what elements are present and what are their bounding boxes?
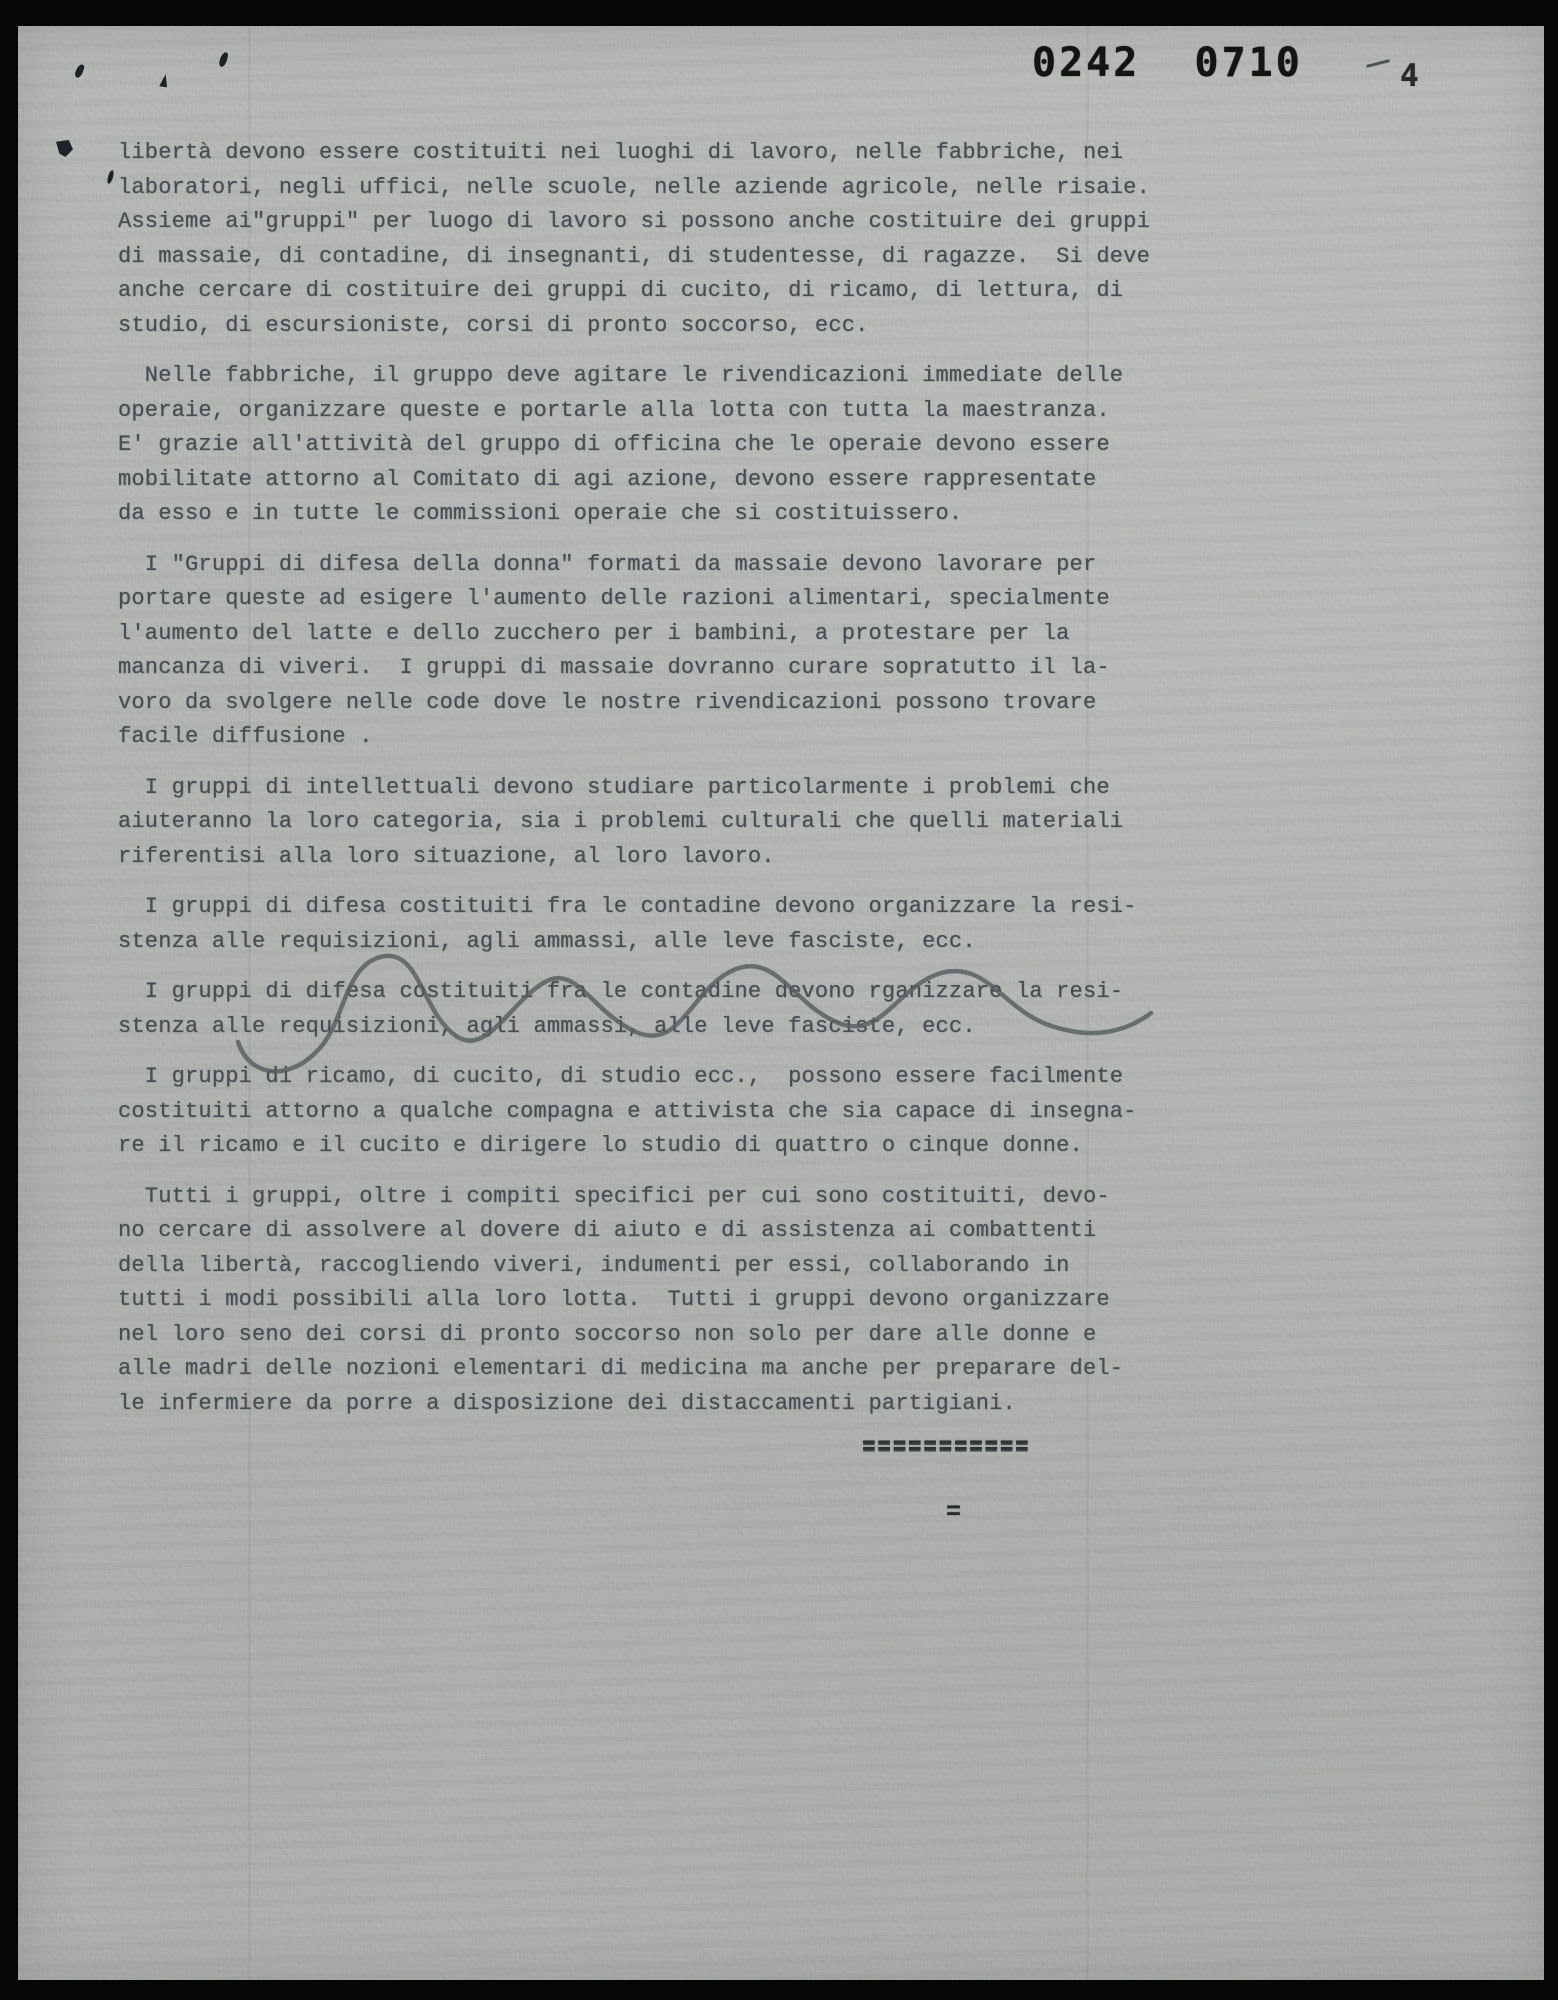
text-line: aiuteranno la loro categoria, sia i prob… [118,805,1218,840]
text-line: nel loro seno dei corsi di pronto soccor… [118,1318,1218,1353]
text-line: alle madri delle nozioni elementari di m… [118,1352,1218,1387]
text-line: I gruppi di ricamo, di cucito, di studio… [118,1060,1218,1095]
text-line: studio, di escursioniste, corsi di pront… [118,309,1218,344]
text-line: costituiti attorno a qualche compagna e … [118,1095,1218,1130]
paragraph: libertà devono essere costituiti nei luo… [118,136,1218,343]
text-line: re il ricamo e il cucito e dirigere lo s… [118,1129,1218,1164]
text-line: tutti i modi possibili alla loro lotta. … [118,1283,1218,1318]
page-number: 4 [1400,58,1419,94]
text-line: stenza alle requisizioni, agli ammassi, … [118,1010,1218,1045]
text-line: anche cercare di costituire dei gruppi d… [118,274,1218,309]
archive-number-stamp: 0242 0710 [1032,40,1303,86]
paragraph: I "Gruppi di difesa della donna" formati… [118,548,1218,755]
text-line: laboratori, negli uffici, nelle scuole, … [118,171,1218,206]
typed-separator: =========== [862,1434,1030,1460]
text-line: facile diffusione . [118,720,1218,755]
paragraph: I gruppi di difesa costituiti fra le con… [118,890,1218,959]
text-body: libertà devono essere costituiti nei luo… [118,136,1218,1421]
text-line: Tutti i gruppi, oltre i compiti specific… [118,1180,1218,1215]
text-line: libertà devono essere costituiti nei luo… [118,136,1218,171]
text-line: stenza alle requisizioni, agli ammassi, … [118,925,1218,960]
text-line: voro da svolgere nelle code dove le nost… [118,686,1218,721]
text-line: mancanza di viveri. I gruppi di massaie … [118,651,1218,686]
text-line: I "Gruppi di difesa della donna" formati… [118,548,1218,583]
text-line: no cercare di assolvere al dovere di aiu… [118,1214,1218,1249]
text-line: portare queste ad esigere l'aumento dell… [118,582,1218,617]
text-line: Nelle fabbriche, il gruppo deve agitare … [118,359,1218,394]
text-line: I gruppi di difesa costituiti fra le con… [118,975,1218,1010]
text-line: I gruppi di intellettuali devono studiar… [118,771,1218,806]
text-line: operaie, organizzare queste e portarle a… [118,394,1218,429]
text-line: da esso e in tutte le commissioni operai… [118,497,1218,532]
scanned-document: { "document": { "header": { "archive_sta… [0,0,1558,2000]
paragraph: I gruppi di intellettuali devono studiar… [118,771,1218,875]
text-line: di massaie, di contadine, di insegnanti,… [118,240,1218,275]
paragraph: Tutti i gruppi, oltre i compiti specific… [118,1180,1218,1422]
text-line: l'aumento del latte e dello zucchero per… [118,617,1218,652]
text-line: riferentisi alla loro situazione, al lor… [118,840,1218,875]
text-line: mobilitate attorno al Comitato di agi az… [118,463,1218,498]
text-line: le infermiere da porre a disposizione de… [118,1387,1218,1422]
text-line: Assieme ai"gruppi" per luogo di lavoro s… [118,205,1218,240]
paragraph: I gruppi di ricamo, di cucito, di studio… [118,1060,1218,1164]
text-line: E' grazie all'attività del gruppo di off… [118,428,1218,463]
paragraph-crossed-out: I gruppi di difesa costituiti fra le con… [118,975,1218,1044]
typed-end-mark: = [946,1498,961,1527]
paragraph: Nelle fabbriche, il gruppo deve agitare … [118,359,1218,532]
text-line: I gruppi di difesa costituiti fra le con… [118,890,1218,925]
text-line: della libertà, raccogliendo viveri, indu… [118,1249,1218,1284]
